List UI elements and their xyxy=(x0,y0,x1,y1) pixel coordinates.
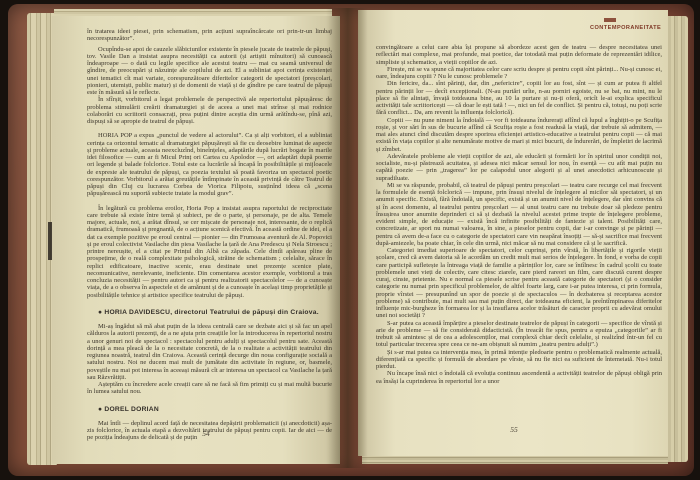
paragraph: în tratarea ideei piesei, prin schematis… xyxy=(87,28,332,43)
paragraph: Așteptăm cu încredere acele creații care… xyxy=(87,381,332,396)
paragraph: Nu încape însă nici o îndoială că evoluț… xyxy=(376,370,662,385)
section-heading-dorian: ● DOREL DORIAN xyxy=(87,406,332,413)
right-page-text: convingătoare a celui care abia își prop… xyxy=(376,44,662,385)
section-heading-davidescu: ● HORIA DAVIDESCU, directorul Teatrului … xyxy=(87,309,332,316)
paragraph: Și s-ar mai putea ca intervenția mea, în… xyxy=(376,349,662,371)
paragraph: Firește, mi se va spune că majoritatea c… xyxy=(376,66,662,81)
paragraph: În legătură cu problema eroilor, Horia P… xyxy=(87,205,332,299)
paragraph: Din fericire, da... sînt părinți, dar, d… xyxy=(376,80,662,116)
left-page-text: în tratarea ideei piesei, prin schematis… xyxy=(87,28,332,442)
paragraph: Copiii — nu pune nimeni la îndoială — vo… xyxy=(376,117,662,153)
paragraph: convingătoare a celui care abia își prop… xyxy=(376,44,662,66)
paragraph: Mi-aș îngădui să mă abat puțin de la ide… xyxy=(87,323,332,381)
paragraph: Mi se va răspunde, probabil, că teatrul … xyxy=(376,182,662,247)
paragraph: Categoriei imediat superioare de spectat… xyxy=(376,247,662,320)
paragraph: Ocupîndu-se apoi de cauzele slăbiciunilo… xyxy=(87,46,332,97)
paragraph: Adevăratele probleme ale vieții copiilor… xyxy=(376,153,662,182)
paragraph: HORIA POP a expus „punctul de vedere al … xyxy=(87,132,332,197)
paragraph: S-ar putea ca această împărțire a piesel… xyxy=(376,320,662,349)
paragraph: În sfîrșit, vorbitorul a legat problemel… xyxy=(87,96,332,125)
page-number-left: 54 xyxy=(186,429,226,438)
page-number-right: 55 xyxy=(494,425,534,434)
page-edges-bottom-right xyxy=(362,455,668,464)
